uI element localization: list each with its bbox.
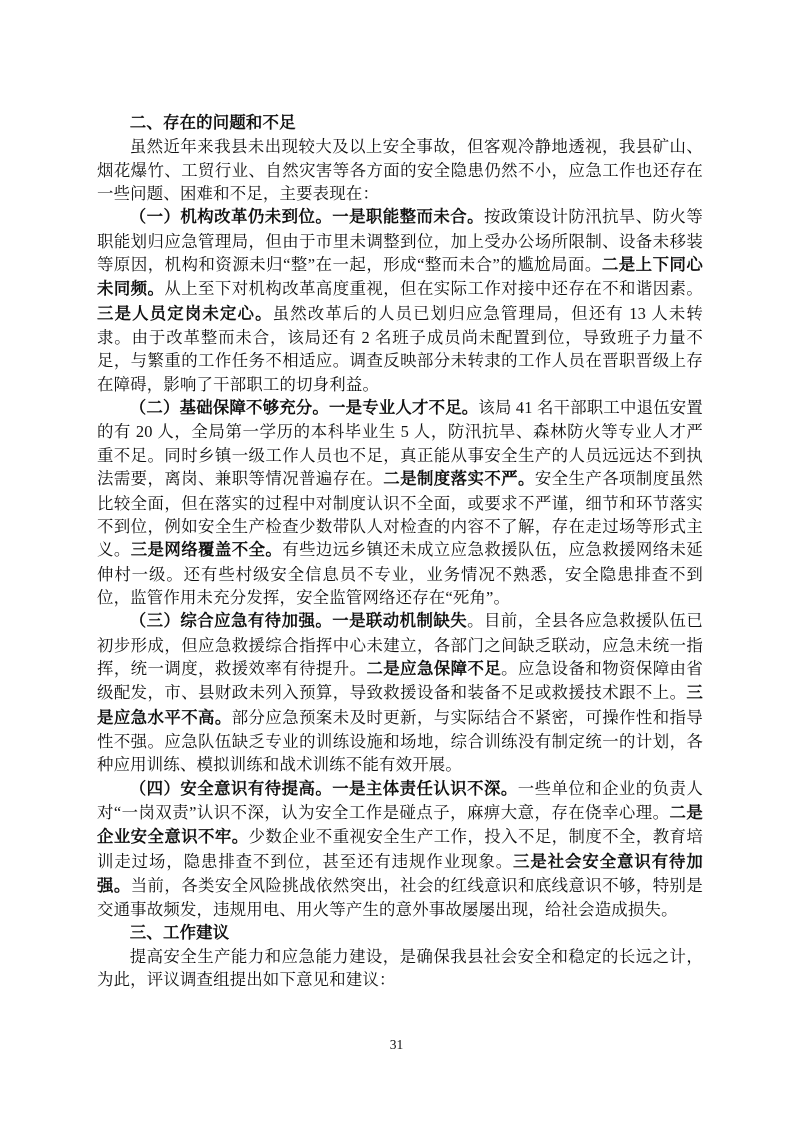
bold-text-run: 二、存在的问题和不足 xyxy=(130,114,296,132)
document-page: 二、存在的问题和不足虽然近年来我县未出现较大及以上安全事故，但客观冷静地透视，我… xyxy=(0,0,793,1122)
text-run: 提高安全生产能力和应急能力建设，是确保我县社会安全和稳定的长远之计，为此，评议调… xyxy=(97,947,703,989)
bold-text-run: 二是应急保障不足 xyxy=(366,660,501,678)
section-heading: 三、工作建议 xyxy=(97,922,703,945)
text-run: 当前，各类安全风险挑战依然突出，社会的红线意识和底线意识不够，特别是交通事故频发… xyxy=(97,876,703,919)
bold-text-run: （四）安全意识有待提高。一是主体责任认识不深。 xyxy=(130,780,518,798)
bold-text-run: 三是人员定岗未定心。 xyxy=(97,305,273,323)
page-number: 31 xyxy=(390,1037,404,1052)
bold-text-run: 三、工作建议 xyxy=(130,924,230,942)
bold-text-run: 三是网络覆盖不全。 xyxy=(131,541,283,559)
bold-text-run: （一）机构改革仍未到位。一是职能整而未合。 xyxy=(130,208,484,226)
body-paragraph: （一）机构改革仍未到位。一是职能整而未合。按政策设计防汛抗旱、防火等职能划归应急… xyxy=(97,205,703,396)
bold-text-run: （三）综合应急有待加强。一是联动机制缺失 xyxy=(130,612,467,630)
body-paragraph: （三）综合应急有待加强。一是联动机制缺失。目前，全县各应急救援队伍已初步形成，但… xyxy=(97,609,703,776)
body-paragraph: （四）安全意识有待提高。一是主体责任认识不深。一些单位和企业的负责人对“一岗双责… xyxy=(97,777,703,922)
bold-text-run: （二）基础保障不够充分。一是专业人才不足。 xyxy=(130,399,479,417)
body-paragraph: （二）基础保障不够充分。一是专业人才不足。该局 41 名干部职工中退伍安置的有 … xyxy=(97,396,703,609)
section-heading: 二、存在的问题和不足 xyxy=(97,112,703,135)
body-paragraph: 虽然近年来我县未出现较大及以上安全事故，但客观冷静地透视，我县矿山、烟花爆竹、工… xyxy=(97,135,703,205)
text-run: 从上至下对机构改革高度重视，但在实际工作对接中还存在不和谐因素。 xyxy=(164,279,703,298)
body-paragraph: 提高安全生产能力和应急能力建设，是确保我县社会安全和稳定的长远之计，为此，评议调… xyxy=(97,945,703,992)
text-run: 虽然近年来我县未出现较大及以上安全事故，但客观冷静地透视，我县矿山、烟花爆竹、工… xyxy=(97,137,703,203)
bold-text-run: 二是制度落实不严。 xyxy=(383,470,535,488)
document-content: 二、存在的问题和不足虽然近年来我县未出现较大及以上安全事故，但客观冷静地透视，我… xyxy=(97,112,703,992)
page-footer: 31 xyxy=(0,1036,793,1054)
